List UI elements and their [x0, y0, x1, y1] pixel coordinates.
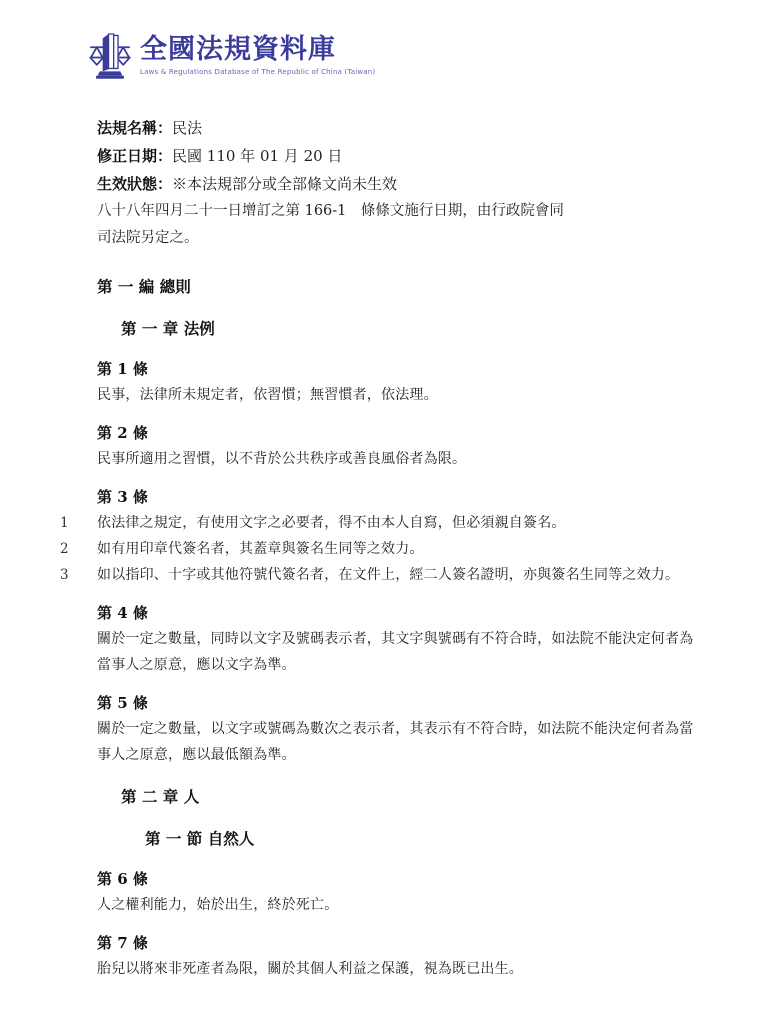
- scales-books-logo-icon: [88, 30, 132, 82]
- text-line: 胎兒以將來非死產者為限，關於其個人利益之保護，視為既已出生。: [97, 956, 697, 982]
- logo-title: 全國法規資料庫: [140, 34, 375, 65]
- article-number: 第 7 條: [97, 930, 697, 956]
- paragraph-number: 2: [60, 536, 88, 562]
- text-line: 如以指印、十字或其他符號代簽名者，在文件上，經二人簽名證明，亦與簽名生同等之效力…: [97, 562, 697, 588]
- paragraph-number: 1: [60, 510, 88, 536]
- text-line: 民事，法律所未規定者，依習慣；無習慣者，依法理。: [97, 382, 697, 408]
- text-line: 關於一定之數量，同時以文字及號碼表示者，其文字與號碼有不符合時，如法院不能決定何…: [97, 626, 697, 652]
- meta-row-effective-status: 生效狀態：※本法規部分或全部條文尚未生效: [97, 170, 697, 198]
- law-metadata: 法規名稱：民法 修正日期：民國 110 年 01 月 20 日 生效狀態：※本法…: [97, 114, 697, 252]
- article-number: 第 5 條: [97, 690, 697, 716]
- article: 第 6 條人之權利能力，始於出生，終於死亡。: [97, 866, 697, 918]
- article-number: 第 2 條: [97, 420, 697, 446]
- article: 第 3 條1依法律之規定，有使用文字之必要者，得不由本人自寫，但必須親自簽名。2…: [97, 484, 697, 588]
- article-paragraph: 人之權利能力，始於出生，終於死亡。: [97, 892, 697, 918]
- meta-row-amend-date: 修正日期：民國 110 年 01 月 20 日: [97, 142, 697, 170]
- article-paragraph: 民事所適用之習慣，以不背於公共秩序或善良風俗者為限。: [97, 446, 697, 472]
- article: 第 4 條關於一定之數量，同時以文字及號碼表示者，其文字與號碼有不符合時，如法院…: [97, 600, 697, 678]
- section-heading: 第 二 章 人: [121, 784, 697, 810]
- text-line: 關於一定之數量，以文字或號碼為數次之表示者，其表示有不符合時，如法院不能決定何者…: [97, 716, 697, 742]
- meta-label: 生效狀態：: [97, 175, 172, 193]
- meta-value: 民國 110 年 01 月 20 日: [172, 147, 342, 165]
- meta-row-law-name: 法規名稱：民法: [97, 114, 697, 142]
- text-line: 依法律之規定，有使用文字之必要者，得不由本人自寫，但必須親自簽名。: [97, 510, 697, 536]
- meta-value: ※本法規部分或全部條文尚未生效: [172, 175, 397, 193]
- meta-label: 法規名稱：: [97, 119, 172, 137]
- article: 第 5 條關於一定之數量，以文字或號碼為數次之表示者，其表示有不符合時，如法院不…: [97, 690, 697, 768]
- article-paragraph: 關於一定之數量，同時以文字及號碼表示者，其文字與號碼有不符合時，如法院不能決定何…: [97, 626, 697, 678]
- law-document: 法規名稱：民法 修正日期：民國 110 年 01 月 20 日 生效狀態：※本法…: [97, 114, 697, 982]
- logo-subtitle: Laws & Regulations Database of The Repub…: [140, 68, 375, 76]
- text-line: 民事所適用之習慣，以不背於公共秩序或善良風俗者為限。: [97, 446, 697, 472]
- meta-note-line: 八十八年四月二十一日增訂之第 166-1 條條文施行日期，由行政院會同: [97, 198, 697, 225]
- article: 第 7 條胎兒以將來非死產者為限，關於其個人利益之保護，視為既已出生。: [97, 930, 697, 982]
- text-line: 如有用印章代簽名者，其蓋章與簽名生同等之效力。: [97, 536, 697, 562]
- site-logo: 全國法規資料庫 Laws & Regulations Database of T…: [88, 30, 375, 82]
- logo-text: 全國法規資料庫 Laws & Regulations Database of T…: [140, 30, 375, 76]
- article-number: 第 4 條: [97, 600, 697, 626]
- meta-value: 民法: [172, 119, 202, 137]
- article-number: 第 3 條: [97, 484, 697, 510]
- meta-note-line: 司法院另定之。: [97, 225, 697, 252]
- article-paragraph: 2如有用印章代簽名者，其蓋章與簽名生同等之效力。: [97, 536, 697, 562]
- article-number: 第 6 條: [97, 866, 697, 892]
- text-line: 事人之原意，應以最低額為準。: [97, 742, 697, 768]
- section-heading: 第 一 節 自然人: [145, 826, 697, 852]
- article-paragraph: 1依法律之規定，有使用文字之必要者，得不由本人自寫，但必須親自簽名。: [97, 510, 697, 536]
- text-line: 人之權利能力，始於出生，終於死亡。: [97, 892, 697, 918]
- article-paragraph: 胎兒以將來非死產者為限，關於其個人利益之保護，視為既已出生。: [97, 956, 697, 982]
- article-paragraph: 關於一定之數量，以文字或號碼為數次之表示者，其表示有不符合時，如法院不能決定何者…: [97, 716, 697, 768]
- doc-content: 第 一 編 總則第 一 章 法例第 1 條民事，法律所未規定者，依習慣；無習慣者…: [97, 274, 697, 982]
- article-number: 第 1 條: [97, 356, 697, 382]
- article: 第 2 條民事所適用之習慣，以不背於公共秩序或善良風俗者為限。: [97, 420, 697, 472]
- article: 第 1 條民事，法律所未規定者，依習慣；無習慣者，依法理。: [97, 356, 697, 408]
- meta-label: 修正日期：: [97, 147, 172, 165]
- article-paragraph: 3如以指印、十字或其他符號代簽名者，在文件上，經二人簽名證明，亦與簽名生同等之效…: [97, 562, 697, 588]
- article-paragraph: 民事，法律所未規定者，依習慣；無習慣者，依法理。: [97, 382, 697, 408]
- text-line: 當事人之原意，應以文字為準。: [97, 652, 697, 678]
- section-heading: 第 一 章 法例: [121, 316, 697, 342]
- paragraph-number: 3: [60, 562, 88, 588]
- section-heading: 第 一 編 總則: [97, 274, 697, 300]
